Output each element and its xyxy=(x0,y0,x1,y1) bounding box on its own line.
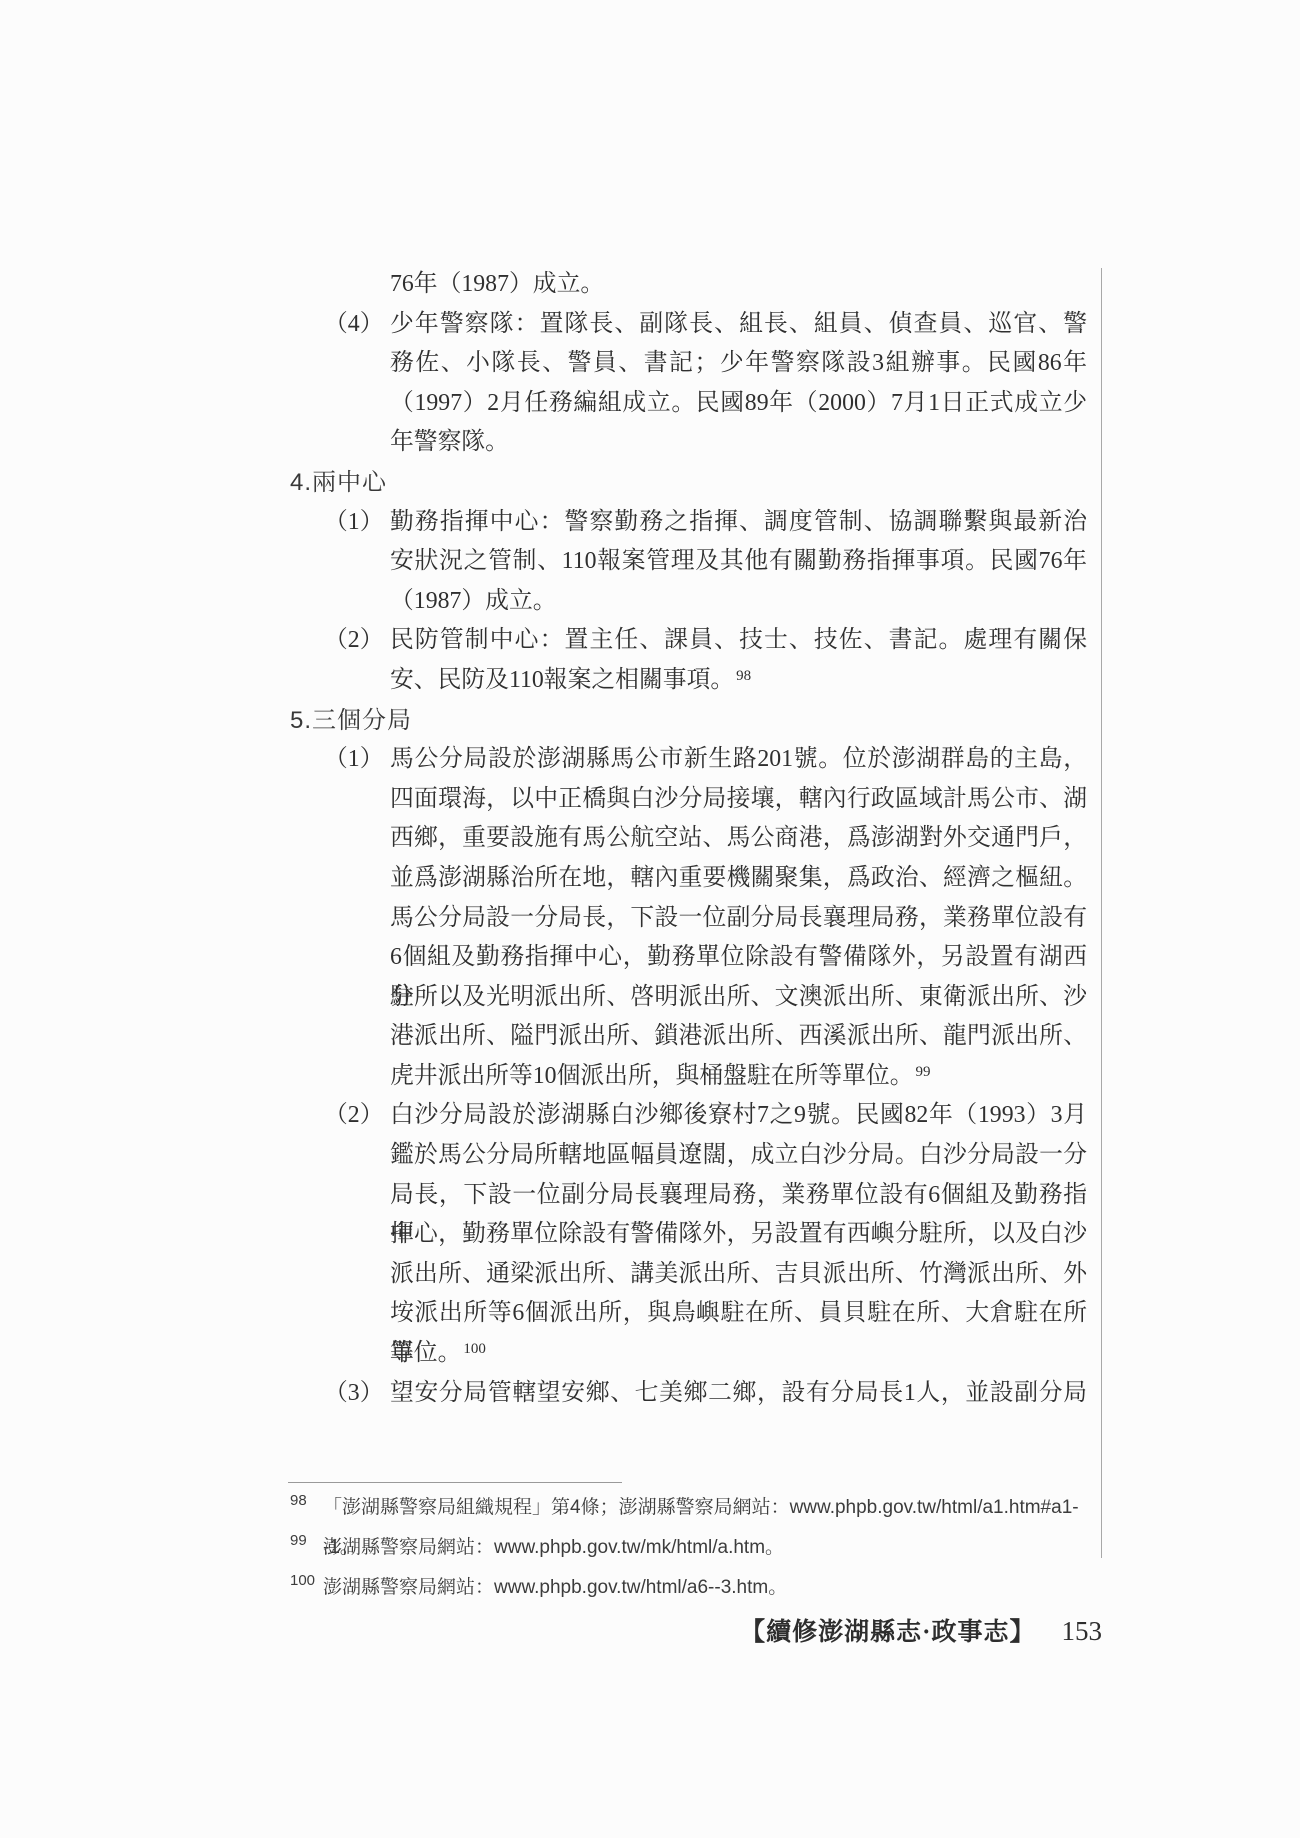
body-line: 中心，勤務單位除設有警備隊外，另設置有西嶼分駐所，以及白沙 xyxy=(290,1215,1087,1255)
body-line-text: 4.兩中心 xyxy=(290,469,387,496)
body-line: 鑑於馬公分局所轄地區幅員遼闊，成立白沙分局。白沙分局設一分 xyxy=(290,1136,1087,1176)
body-line: 西鄉，重要設施有馬公航空站、馬公商港，爲澎湖對外交通門戶， xyxy=(290,819,1087,859)
body-line: 76年（1987）成立。 xyxy=(290,265,1087,305)
list-item-marker: （2） xyxy=(324,621,384,661)
body-line-text: 鑑於馬公分局所轄地區幅員遼闊，成立白沙分局。白沙分局設一分 xyxy=(390,1142,1087,1168)
body-line-text: 單位。 xyxy=(390,1340,461,1366)
body-line-text: 少年警察隊：置隊長、副隊長、組長、組員、偵查員、巡官、警 xyxy=(390,311,1087,337)
footnote-number: 100 xyxy=(290,1561,315,1601)
body-line: （1987）成立。 xyxy=(290,582,1087,622)
body-line-text: 安、民防及110報案之相關事項。 xyxy=(390,667,734,693)
footnote-url: www.phpb.gov.tw/html/a6--3.htm xyxy=(494,1577,768,1598)
body-line-text: 望安分局管轄望安鄉、七美鄉二鄉，設有分局長1人，並設副分局 xyxy=(390,1380,1087,1406)
body-line: 派出所、通梁派出所、講美派出所、吉貝派出所、竹灣派出所、外 xyxy=(290,1255,1087,1295)
body-line-text: 並爲澎湖縣治所在地，轄內重要機關聚集，爲政治、經濟之樞紐。 xyxy=(390,865,1087,891)
body-line: 港派出所、隘門派出所、鎖港派出所、西溪派出所、龍門派出所、 xyxy=(290,1017,1087,1057)
footnote-reference: 100 xyxy=(463,1341,486,1357)
footnote-text: 澎湖縣警察局網站： xyxy=(323,1577,494,1598)
body-line-text: 中心，勤務單位除設有警備隊外，另設置有西嶼分駐所，以及白沙 xyxy=(390,1221,1087,1247)
footnote: 98「澎湖縣警察局組織規程」第4條；澎湖縣警察局網站：www.phpb.gov.… xyxy=(290,1488,1100,1528)
body-line: 四面環海，以中正橋與白沙分局接壤，轄內行政區域計馬公市、湖 xyxy=(290,780,1087,820)
body-line: 安狀況之管制、110報案管理及其他有關勤務指揮事項。民國76年 xyxy=(290,542,1087,582)
document-page: 76年（1987）成立。（4）少年警察隊：置隊長、副隊長、組長、組員、偵查員、巡… xyxy=(0,0,1300,1838)
body-line: 並爲澎湖縣治所在地，轄內重要機關聚集，爲政治、經濟之樞紐。 xyxy=(290,859,1087,899)
body-line-text: （1987）成立。 xyxy=(390,588,557,614)
body-line: （3）望安分局管轄望安鄉、七美鄉二鄉，設有分局長1人，並設副分局 xyxy=(290,1374,1087,1414)
body-line-text: 港派出所、隘門派出所、鎖港派出所、西溪派出所、龍門派出所、 xyxy=(390,1023,1087,1049)
footnote-text-end: 。 xyxy=(768,1577,787,1598)
footnotes-block: 98「澎湖縣警察局組織規程」第4條；澎湖縣警察局網站：www.phpb.gov.… xyxy=(290,1488,1100,1608)
right-margin-rule xyxy=(1101,268,1102,1558)
body-line-text: 安狀況之管制、110報案管理及其他有關勤務指揮事項。民國76年 xyxy=(390,548,1087,574)
body-line-text: 馬公分局設於澎湖縣馬公市新生路201號。位於澎湖群島的主島， xyxy=(390,746,1087,772)
list-item-marker: （1） xyxy=(324,503,384,543)
footnote-text: 澎湖縣警察局網站： xyxy=(323,1537,494,1558)
body-line: 馬公分局設一分局長，下設一位副分局長襄理局務，業務單位設有 xyxy=(290,899,1087,939)
body-line: （1）勤務指揮中心：警察勤務之指揮、調度管制、協調聯繫與最新治 xyxy=(290,503,1087,543)
body-line-text: 西鄉，重要設施有馬公航空站、馬公商港，爲澎湖對外交通門戶， xyxy=(390,825,1087,851)
body-line: 垵派出所等6個派出所，與鳥嶼駐在所、員貝駐在所、大倉駐在所等 xyxy=(290,1294,1087,1334)
body-line: 安、民防及110報案之相關事項。98 xyxy=(290,661,1087,701)
body-line-text: 76年（1987）成立。 xyxy=(390,271,604,297)
list-item-marker: （2） xyxy=(324,1096,384,1136)
footnote-reference: 99 xyxy=(916,1064,931,1080)
body-line: 局長，下設一位副分局長襄理局務，業務單位設有6個組及勤務指揮 xyxy=(290,1176,1087,1216)
footnote-number: 99 xyxy=(290,1521,307,1561)
footnote-url: www.phpb.gov.tw/mk/html/a.htm xyxy=(494,1537,765,1558)
body-line-text: 派出所、通梁派出所、講美派出所、吉貝派出所、竹灣派出所、外 xyxy=(390,1261,1087,1287)
footnote: 99澎湖縣警察局網站：www.phpb.gov.tw/mk/html/a.htm… xyxy=(290,1528,1100,1568)
footnote: 100澎湖縣警察局網站：www.phpb.gov.tw/html/a6--3.h… xyxy=(290,1568,1100,1608)
footnote-separator xyxy=(288,1482,622,1483)
page-number: 153 xyxy=(1062,1616,1103,1647)
section-header: 5.三個分局 xyxy=(290,701,1087,741)
list-item-marker: （3） xyxy=(324,1374,384,1414)
body-line: （1）馬公分局設於澎湖縣馬公市新生路201號。位於澎湖群島的主島， xyxy=(290,740,1087,780)
body-line: 務佐、小隊長、警員、書記；少年警察隊設3組辦事。民國86年 xyxy=(290,344,1087,384)
body-line-text: 虎井派出所等10個派出所，與桶盤駐在所等單位。 xyxy=(390,1063,914,1089)
body-line: 駐所以及光明派出所、啓明派出所、文澳派出所、東衛派出所、沙 xyxy=(290,978,1087,1018)
body-line-text: 年警察隊。 xyxy=(390,429,509,455)
footnote-number: 98 xyxy=(290,1481,307,1521)
body-line: 虎井派出所等10個派出所，與桶盤駐在所等單位。99 xyxy=(290,1057,1087,1097)
book-title: 【續修澎湖縣志·政事志】 xyxy=(740,1612,1035,1648)
body-line: 6個組及勤務指揮中心，勤務單位除設有警備隊外，另設置有湖西分 xyxy=(290,938,1087,978)
body-line-text: 駐所以及光明派出所、啓明派出所、文澳派出所、東衛派出所、沙 xyxy=(390,984,1087,1010)
page-footer: 【續修澎湖縣志·政事志】 153 xyxy=(740,1612,1102,1648)
body-line-text: 民防管制中心：置主任、課員、技士、技佐、書記。處理有關保 xyxy=(390,627,1087,653)
text-block: 76年（1987）成立。（4）少年警察隊：置隊長、副隊長、組長、組員、偵查員、巡… xyxy=(290,265,1087,1413)
body-line: 年警察隊。 xyxy=(290,423,1087,463)
footnote-text: 「澎湖縣警察局組織規程」第4條；澎湖縣警察局網站： xyxy=(323,1497,790,1518)
body-line-text: 勤務指揮中心：警察勤務之指揮、調度管制、協調聯繫與最新治 xyxy=(390,509,1087,535)
body-line: （4）少年警察隊：置隊長、副隊長、組長、組員、偵查員、巡官、警 xyxy=(290,305,1087,345)
body-line-text: 務佐、小隊長、警員、書記；少年警察隊設3組辦事。民國86年 xyxy=(390,350,1087,376)
body-line-text: 四面環海，以中正橋與白沙分局接壤，轄內行政區域計馬公市、湖 xyxy=(390,786,1087,812)
body-line: （1997）2月任務編組成立。民國89年（2000）7月1日正式成立少 xyxy=(290,384,1087,424)
list-item-marker: （1） xyxy=(324,740,384,780)
list-item-marker: （4） xyxy=(324,305,384,345)
body-line-text: （1997）2月任務編組成立。民國89年（2000）7月1日正式成立少 xyxy=(390,390,1087,416)
footnote-text-end: 。 xyxy=(765,1537,784,1558)
body-line-text: 白沙分局設於澎湖縣白沙鄉後寮村7之9號。民國82年（1993）3月 xyxy=(390,1102,1087,1128)
body-line: （2）白沙分局設於澎湖縣白沙鄉後寮村7之9號。民國82年（1993）3月 xyxy=(290,1096,1087,1136)
section-header: 4.兩中心 xyxy=(290,463,1087,503)
footnote-reference: 98 xyxy=(736,668,751,684)
body-line-text: 馬公分局設一分局長，下設一位副分局長襄理局務，業務單位設有 xyxy=(390,905,1087,931)
body-line: （2）民防管制中心：置主任、課員、技士、技佐、書記。處理有關保 xyxy=(290,621,1087,661)
body-line: 單位。100 xyxy=(290,1334,1087,1374)
body-line-text: 5.三個分局 xyxy=(290,707,412,734)
